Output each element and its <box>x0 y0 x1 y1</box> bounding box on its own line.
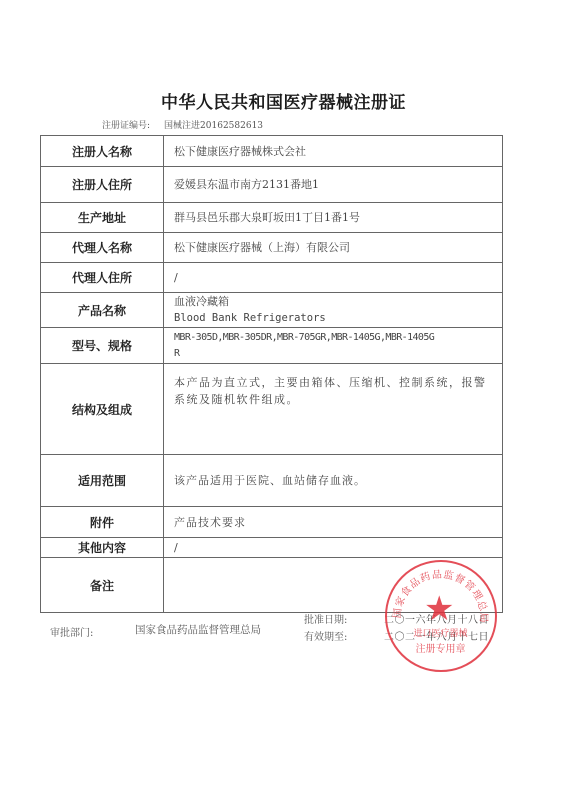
table-row-product-name: 产品名称 血液冷藏箱 Blood Bank Refrigerators <box>41 293 503 328</box>
seal-line-2: 注册专用章 <box>387 640 494 655</box>
field-value: 松下健康医疗器械（上海）有限公司 <box>164 233 503 263</box>
table-row-agent-name: 代理人名称 松下健康医疗器械（上海）有限公司 <box>41 233 503 263</box>
valid-until-label: 有效期至: <box>304 628 347 643</box>
official-seal: 国家食品药品监督管理总局 ★ 进口医疗器械 注册专用章 <box>385 560 497 672</box>
field-label: 注册人名称 <box>41 136 164 167</box>
field-value: / <box>164 538 503 558</box>
field-label: 适用范围 <box>41 455 164 507</box>
field-value: / <box>164 263 503 293</box>
field-value: 爱媛县东温市南方2131番地1 <box>164 167 503 203</box>
table-row-agent-address: 代理人住所 / <box>41 263 503 293</box>
field-value: 本产品为直立式，主要由箱体、压缩机、控制系统，报警系统及随机软件组成。 <box>164 364 503 455</box>
model-list-line2: R <box>174 346 502 362</box>
field-label: 注册人住所 <box>41 167 164 203</box>
approval-dept: 国家食品药品监督管理总局 <box>135 622 261 637</box>
field-value: 血液冷藏箱 Blood Bank Refrigerators <box>164 293 503 328</box>
table-row-structure: 结构及组成 本产品为直立式，主要由箱体、压缩机、控制系统，报警系统及随机软件组成… <box>41 364 503 455</box>
table-row-attachments: 附件 产品技术要求 <box>41 507 503 538</box>
field-label: 代理人名称 <box>41 233 164 263</box>
registration-number-row: 注册证编号:国械注进20162582613 <box>102 118 263 131</box>
table-row-scope: 适用范围 该产品适用于医院、血站储存血液。 <box>41 455 503 507</box>
field-label: 产品名称 <box>41 293 164 328</box>
approval-date-label: 批准日期: <box>304 611 347 626</box>
model-list-line1: MBR-305D,MBR-305DR,MBR-705GR,MBR-1405G,M… <box>174 330 502 346</box>
star-icon: ★ <box>424 592 454 626</box>
approval-dept-label: 审批部门: <box>50 624 93 639</box>
product-name-en: Blood Bank Refrigerators <box>174 310 502 327</box>
table-row-production-address: 生产地址 群马县邑乐郡大泉町坂田1丁目1番1号 <box>41 203 503 233</box>
field-label: 其他内容 <box>41 538 164 558</box>
seal-line-1: 进口医疗器械 <box>387 626 494 639</box>
certificate-table: 注册人名称 松下健康医疗器械株式会社 注册人住所 爱媛县东温市南方2131番地1… <box>40 135 503 613</box>
field-label: 生产地址 <box>41 203 164 233</box>
table-row-registrant-address: 注册人住所 爱媛县东温市南方2131番地1 <box>41 167 503 203</box>
field-label: 代理人住所 <box>41 263 164 293</box>
field-label: 结构及组成 <box>41 364 164 455</box>
document-title: 中华人民共和国医疗器械注册证 <box>0 88 567 113</box>
field-label: 型号、规格 <box>41 328 164 364</box>
product-name-cn: 血液冷藏箱 <box>174 293 502 310</box>
field-value: 产品技术要求 <box>164 507 503 538</box>
field-value: 群马县邑乐郡大泉町坂田1丁目1番1号 <box>164 203 503 233</box>
field-value: 该产品适用于医院、血站储存血液。 <box>164 455 503 507</box>
table-row-other: 其他内容 / <box>41 538 503 558</box>
table-row-registrant-name: 注册人名称 松下健康医疗器械株式会社 <box>41 136 503 167</box>
field-label: 备注 <box>41 558 164 613</box>
registration-number: 国械注进20162582613 <box>164 121 263 131</box>
field-value: MBR-305D,MBR-305DR,MBR-705GR,MBR-1405G,M… <box>164 328 503 364</box>
field-value: 松下健康医疗器械株式会社 <box>164 136 503 167</box>
field-label: 附件 <box>41 507 164 538</box>
registration-number-label: 注册证编号: <box>102 121 150 131</box>
table-row-model-spec: 型号、规格 MBR-305D,MBR-305DR,MBR-705GR,MBR-1… <box>41 328 503 364</box>
